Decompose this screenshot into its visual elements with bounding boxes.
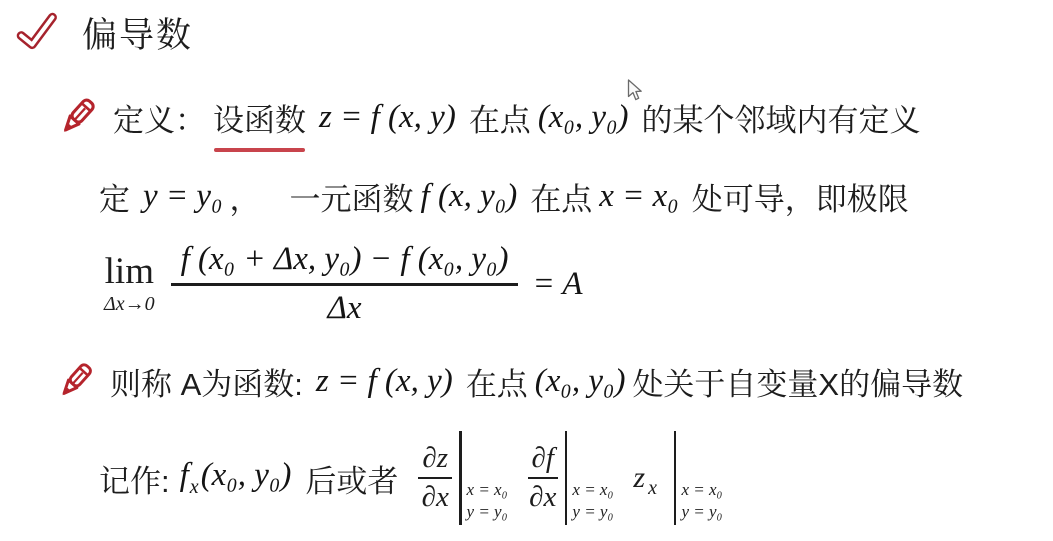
evaluation-bar	[674, 431, 677, 525]
conclusion-line: 则称 A为函数: z = f (x, y) 在点 (x₀, y₀) 处关于自变量…	[53, 357, 963, 405]
fraction-denominator: Δx	[328, 286, 362, 325]
math-point-x0y0: (x₀, y₀)	[538, 99, 629, 136]
page-title: 偏导数	[82, 8, 193, 58]
z-base: z	[633, 461, 645, 495]
definition-underlined-term: 设函数	[213, 95, 306, 140]
notation-connector: 后或者	[305, 456, 398, 501]
pencil-icon	[53, 357, 97, 405]
f-args: (x₀, y₀)	[201, 457, 292, 493]
lim-text: lim	[105, 253, 154, 290]
fix-tail: 处可导，即极限	[692, 174, 909, 219]
lecture-notes-page: 偏导数 定义： 设函数 z = f (x, y) 在点 (x₀, y₀) 的某个…	[0, 0, 1053, 541]
definition-lead: 定义：	[113, 95, 206, 140]
conclusion-at-point: 在点	[466, 359, 528, 404]
z-subscript: x	[648, 477, 657, 500]
condition-y: y = y₀	[572, 501, 613, 523]
definition-tail: 的某个邻域内有定义	[642, 95, 921, 140]
comma: ，	[230, 174, 261, 219]
evaluation-bar	[565, 431, 568, 525]
math-f-sub-x-notation: fx(x₀, y₀)	[180, 457, 292, 499]
partial-z-partial-x-evaluated: ∂z ∂x x = x₀ y = y₀	[418, 429, 507, 527]
math-function-z: z = f (x, y)	[316, 363, 453, 400]
equals-A: = A	[532, 266, 582, 303]
evaluation-conditions: x = x₀ y = y₀	[467, 479, 508, 527]
fix-mid: 一元函数	[290, 174, 414, 219]
conclusion-tail: 处关于自变量X的偏导数	[632, 359, 963, 404]
difference-quotient-fraction: f (x₀ + Δx, y₀) − f (x₀, y₀) Δx	[171, 243, 519, 325]
partial-f-partial-x-evaluated: ∂f ∂x x = x₀ y = y₀	[528, 429, 614, 527]
pencil-icon	[54, 92, 100, 142]
conclusion-lead: 则称 A为函数:	[110, 359, 303, 404]
limit-formula: lim Δx→0 f (x₀ + Δx, y₀) − f (x₀, y₀) Δx…	[104, 243, 583, 325]
partial-fraction: ∂f ∂x	[528, 444, 558, 512]
condition-x: x = x₀	[572, 479, 613, 501]
partial-numerator: ∂z	[418, 444, 452, 477]
fix-at-point: 在点	[530, 174, 592, 219]
partial-denominator: ∂x	[422, 479, 449, 512]
fix-lead: 定	[99, 174, 130, 219]
condition-y: y = y₀	[467, 501, 508, 523]
math-point-x0y0: (x₀, y₀)	[535, 363, 626, 400]
condition-x: x = x₀	[467, 479, 508, 501]
double-checkmark-icon	[14, 12, 60, 54]
lim-subscript: Δx→0	[104, 293, 155, 315]
math-x-equals-x0: x = x₀	[599, 178, 679, 215]
condition-y: y = y₀	[681, 501, 722, 523]
condition-x: x = x₀	[681, 479, 722, 501]
definition-at-point: 在点	[469, 95, 531, 140]
notation-lead: 记作:	[99, 456, 170, 501]
evaluation-conditions: x = x₀ y = y₀	[572, 479, 613, 527]
f-subscript: x	[190, 476, 199, 498]
definition-line: 定义： 设函数 z = f (x, y) 在点 (x₀, y₀) 的某个邻域内有…	[54, 92, 921, 142]
partial-fraction: ∂z ∂x	[418, 444, 452, 512]
evaluation-bar	[459, 431, 462, 525]
fix-y-line: 定 y = y₀ ， 一元函数 f (x, y₀) 在点 x = x₀ 处可导，…	[99, 174, 909, 219]
evaluation-conditions: x = x₀ y = y₀	[681, 479, 722, 527]
partial-denominator: ∂x	[529, 479, 556, 512]
math-f-x-y0: f (x, y₀)	[421, 178, 518, 215]
math-z-subscript-x: z x	[633, 461, 657, 495]
math-function-z: z = f (x, y)	[319, 99, 456, 136]
math-y-equals-y0: y = y₀	[143, 178, 223, 215]
f-base: f	[180, 457, 189, 493]
limit-operator: lim Δx→0	[104, 253, 155, 315]
notation-line: 记作: fx(x₀, y₀) 后或者 ∂z ∂x x = x₀ y = y₀ ∂…	[99, 428, 722, 528]
partial-numerator: ∂f	[528, 444, 558, 477]
arrow-cursor	[627, 79, 643, 107]
fraction-numerator: f (x₀ + Δx, y₀) − f (x₀, y₀)	[171, 243, 519, 283]
title-row: 偏导数	[14, 8, 193, 58]
z-sub-x-evaluated: z x x = x₀ y = y₀	[633, 429, 722, 527]
